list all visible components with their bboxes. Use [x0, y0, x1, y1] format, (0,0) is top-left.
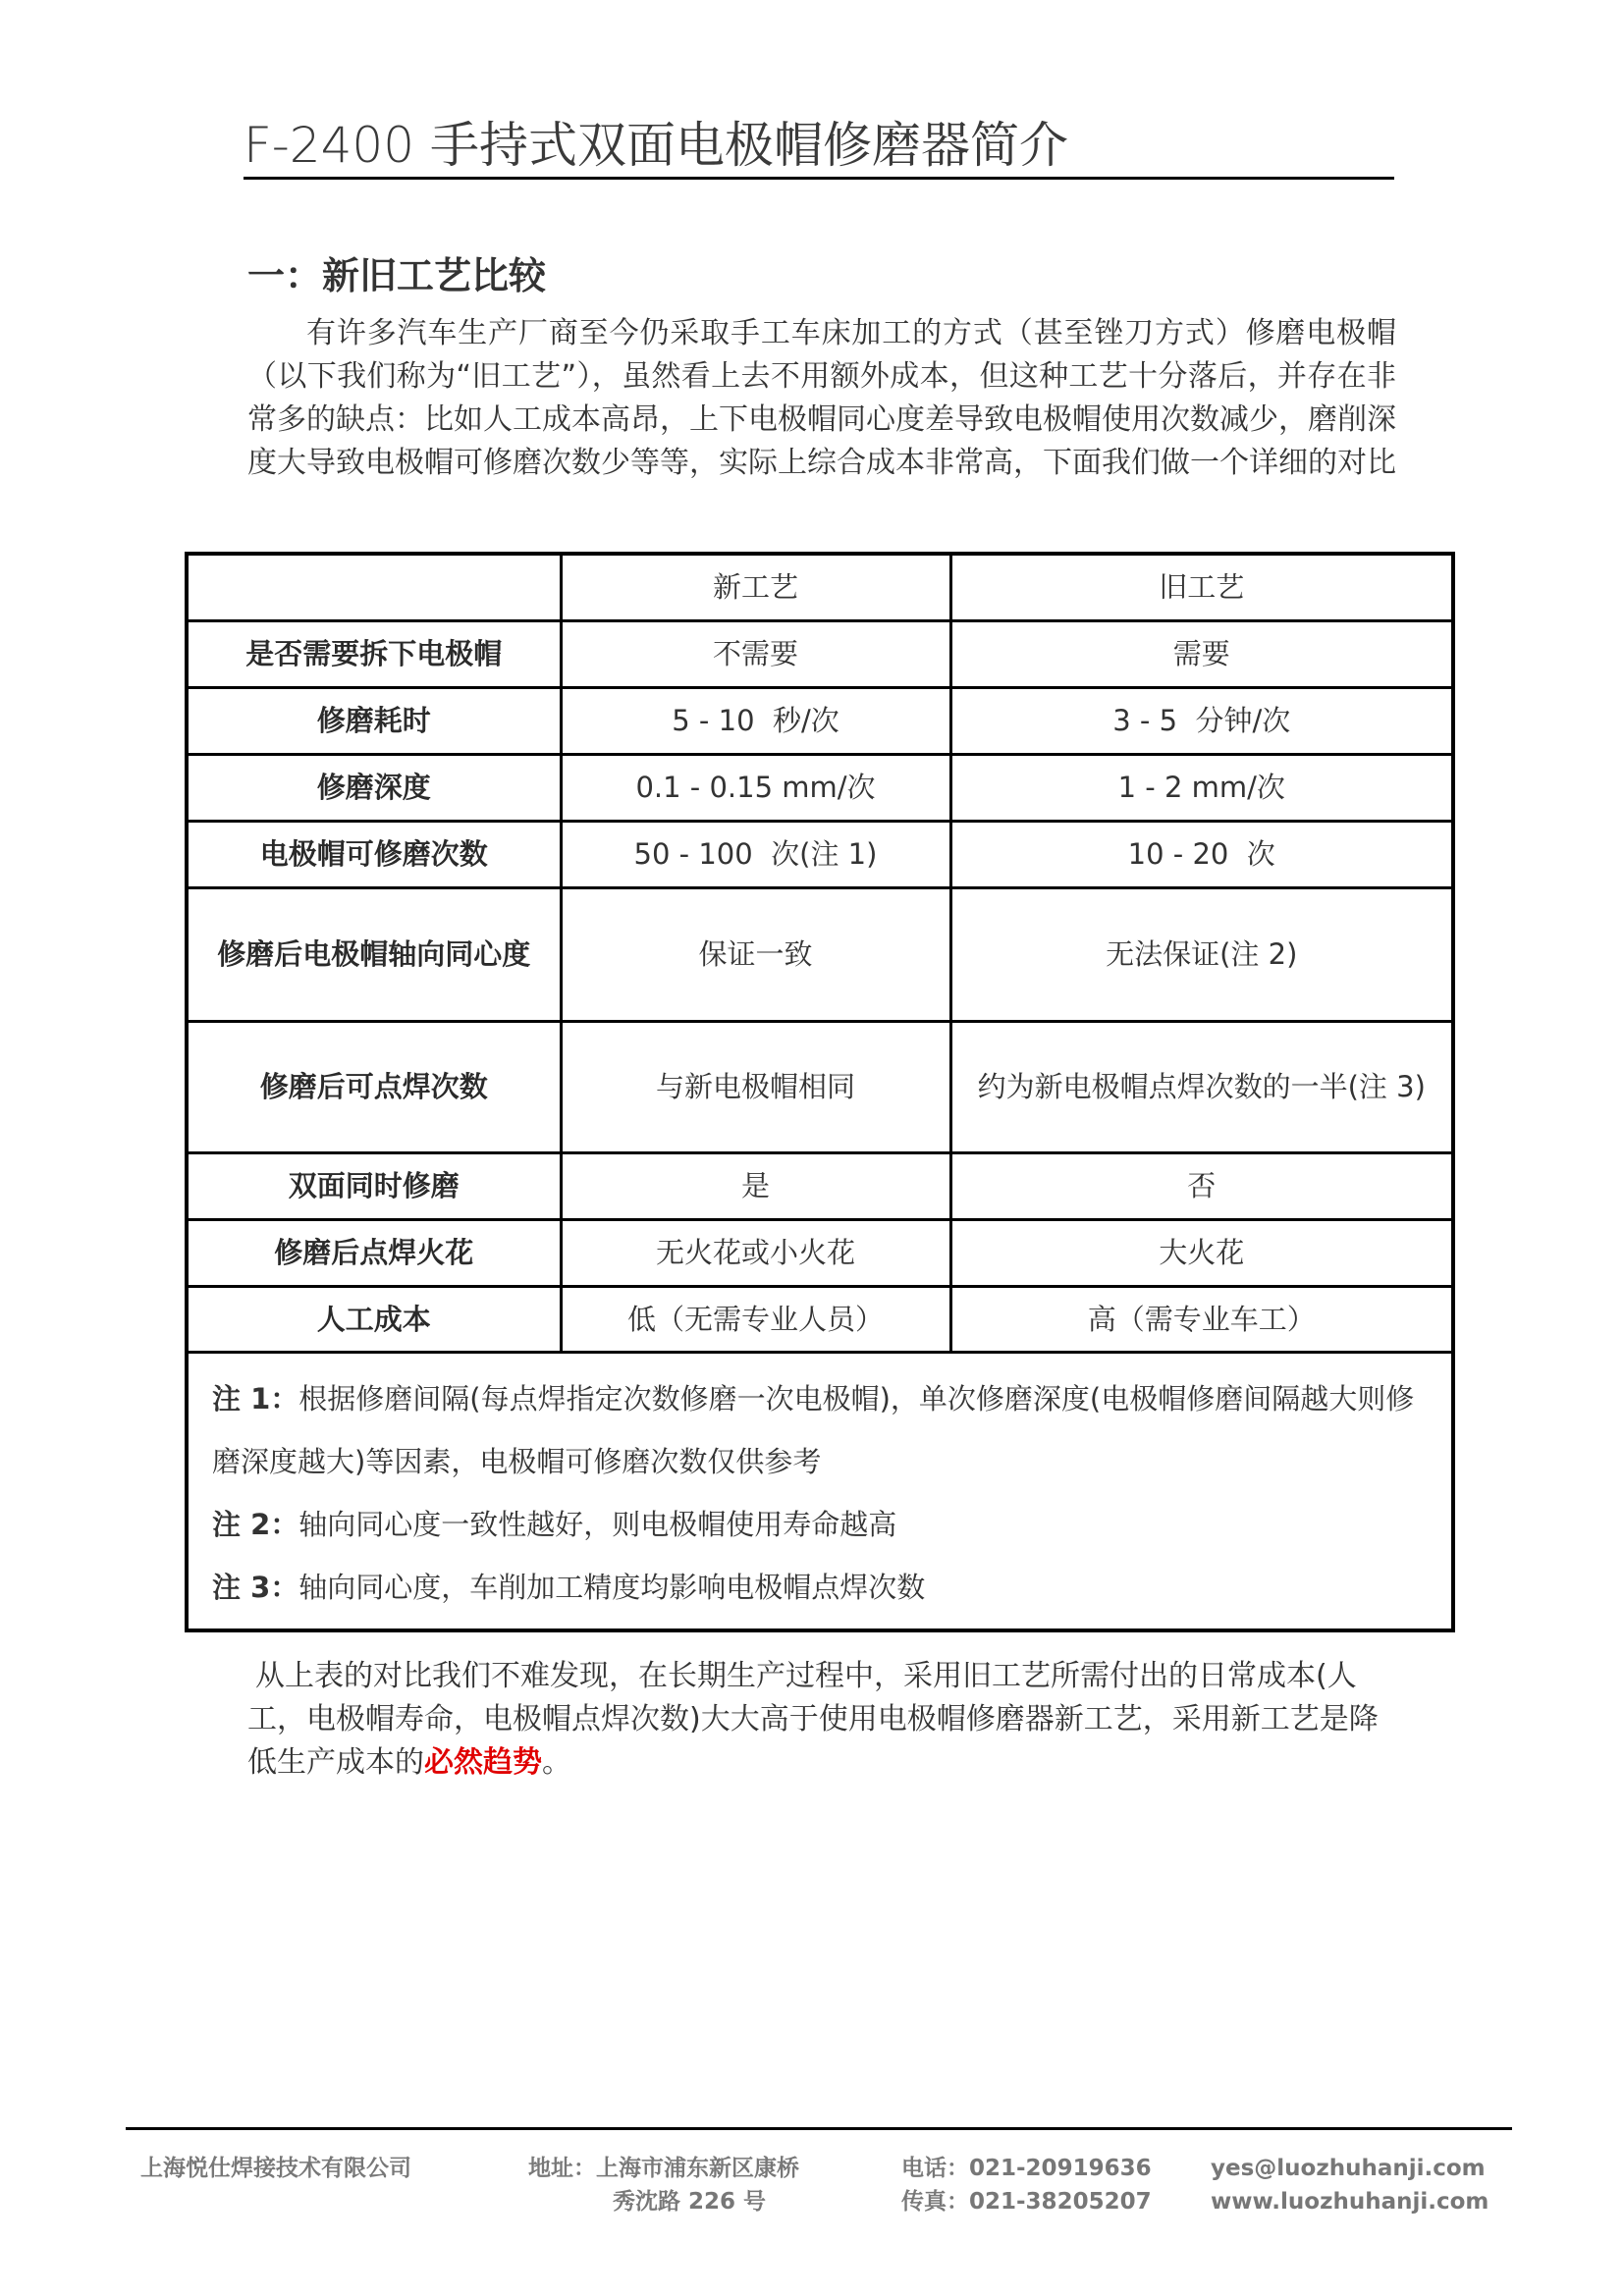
footer-website[interactable]: www.luozhuhanji.com	[1211, 2185, 1489, 2218]
notes-row: 注 1：根据修磨间隔(每点焊指定次数修磨一次电极帽)，单次修磨深度(电极帽修磨间…	[187, 1352, 1453, 1630]
intro-paragraph: 有许多汽车生产厂商至今仍采取手工车床加工的方式（甚至锉刀方式）修磨电极帽（以下我…	[247, 312, 1396, 485]
footer-address: 地址：上海市浦东新区康桥 秀沈路 226 号	[528, 2152, 799, 2218]
cell-new: 5 - 10 秒/次	[561, 687, 950, 754]
table-row: 修磨后点焊火花 无火花或小火花 大火花	[187, 1219, 1453, 1286]
section-heading: 一：新旧工艺比较	[247, 245, 546, 299]
note-text: 轴向同心度一致性越好，则电极帽使用寿命越高	[298, 1508, 896, 1541]
cell-new: 保证一致	[561, 887, 950, 1021]
cell-new: 与新电极帽相同	[561, 1021, 950, 1152]
conclusion-end: 。	[542, 1745, 571, 1780]
title-divider	[244, 177, 1394, 180]
footer-divider	[126, 2127, 1512, 2130]
footer-fax: 传真：021-38205207	[901, 2185, 1152, 2218]
header-new-process: 新工艺	[561, 554, 950, 620]
table-row: 修磨后电极帽轴向同心度 保证一致 无法保证(注 2)	[187, 887, 1453, 1021]
table-row: 电极帽可修磨次数 50 - 100 次(注 1) 10 - 20 次	[187, 821, 1453, 887]
conclusion-text: 从上表的对比我们不难发现，在长期生产过程中，采用旧工艺所需付出的日常成本(人工，…	[247, 1659, 1379, 1780]
cell-old: 大火花	[950, 1219, 1453, 1286]
footer-email[interactable]: yes@luozhuhanji.com	[1211, 2152, 1489, 2185]
row-label: 修磨后电极帽轴向同心度	[187, 887, 561, 1021]
row-label: 修磨深度	[187, 754, 561, 821]
page-title: F-2400 手持式双面电极帽修磨器简介	[244, 106, 1068, 177]
footer-contact: 电话：021-20919636 传真：021-38205207	[901, 2152, 1152, 2218]
table-row: 修磨后可点焊次数 与新电极帽相同 约为新电极帽点焊次数的一半(注 3)	[187, 1021, 1453, 1152]
row-label: 双面同时修磨	[187, 1152, 561, 1219]
row-label: 电极帽可修磨次数	[187, 821, 561, 887]
table-header-row: 新工艺 旧工艺	[187, 554, 1453, 620]
cell-old: 无法保证(注 2)	[950, 887, 1453, 1021]
footer-web: yes@luozhuhanji.com www.luozhuhanji.com	[1211, 2152, 1489, 2218]
cell-old: 3 - 5 分钟/次	[950, 687, 1453, 754]
footer-phone: 电话：021-20919636	[901, 2152, 1152, 2185]
row-label: 人工成本	[187, 1286, 561, 1352]
note-text: 根据修磨间隔(每点焊指定次数修磨一次电极帽)，单次修磨深度(电极帽修磨间隔越大则…	[212, 1382, 1414, 1478]
row-label: 修磨后点焊火花	[187, 1219, 561, 1286]
cell-new: 不需要	[561, 620, 950, 687]
address-line-1: 地址：上海市浦东新区康桥	[528, 2152, 799, 2185]
conclusion-paragraph: 从上表的对比我们不难发现，在长期生产过程中，采用旧工艺所需付出的日常成本(人工，…	[247, 1655, 1396, 1785]
note-tag: 注 2：	[212, 1508, 298, 1541]
address-line-2: 秀沈路 226 号	[528, 2185, 799, 2218]
row-label: 是否需要拆下电极帽	[187, 620, 561, 687]
comparison-table: 新工艺 旧工艺 是否需要拆下电极帽 不需要 需要 修磨耗时 5 - 10 秒/次…	[185, 552, 1455, 1632]
cell-old: 高（需专业车工）	[950, 1286, 1453, 1352]
table-row: 人工成本 低（无需专业人员） 高（需专业车工）	[187, 1286, 1453, 1352]
header-old-process: 旧工艺	[950, 554, 1453, 620]
cell-old: 约为新电极帽点焊次数的一半(注 3)	[950, 1021, 1453, 1152]
row-label: 修磨耗时	[187, 687, 561, 754]
note-text: 轴向同心度，车削加工精度均影响电极帽点焊次数	[298, 1571, 925, 1604]
header-empty-cell	[187, 554, 561, 620]
cell-new: 50 - 100 次(注 1)	[561, 821, 950, 887]
table-row: 双面同时修磨 是 否	[187, 1152, 1453, 1219]
cell-old: 10 - 20 次	[950, 821, 1453, 887]
cell-old: 1 - 2 mm/次	[950, 754, 1453, 821]
cell-new: 是	[561, 1152, 950, 1219]
note-2: 注 2：轴向同心度一致性越好，则电极帽使用寿命越高	[212, 1493, 1428, 1556]
notes-cell: 注 1：根据修磨间隔(每点焊指定次数修磨一次电极帽)，单次修磨深度(电极帽修磨间…	[187, 1352, 1453, 1630]
note-tag: 注 3：	[212, 1571, 298, 1604]
note-3: 注 3：轴向同心度，车削加工精度均影响电极帽点焊次数	[212, 1556, 1428, 1619]
conclusion-highlight: 必然趋势	[424, 1745, 542, 1780]
table-row: 修磨深度 0.1 - 0.15 mm/次 1 - 2 mm/次	[187, 754, 1453, 821]
note-tag: 注 1：	[212, 1382, 298, 1415]
cell-new: 低（无需专业人员）	[561, 1286, 950, 1352]
footer-company: 上海悦仕焊接技术有限公司	[140, 2152, 411, 2185]
table-row: 是否需要拆下电极帽 不需要 需要	[187, 620, 1453, 687]
table-row: 修磨耗时 5 - 10 秒/次 3 - 5 分钟/次	[187, 687, 1453, 754]
cell-old: 需要	[950, 620, 1453, 687]
row-label: 修磨后可点焊次数	[187, 1021, 561, 1152]
cell-new: 0.1 - 0.15 mm/次	[561, 754, 950, 821]
cell-new: 无火花或小火花	[561, 1219, 950, 1286]
cell-old: 否	[950, 1152, 1453, 1219]
note-1: 注 1：根据修磨间隔(每点焊指定次数修磨一次电极帽)，单次修磨深度(电极帽修磨间…	[212, 1367, 1428, 1493]
